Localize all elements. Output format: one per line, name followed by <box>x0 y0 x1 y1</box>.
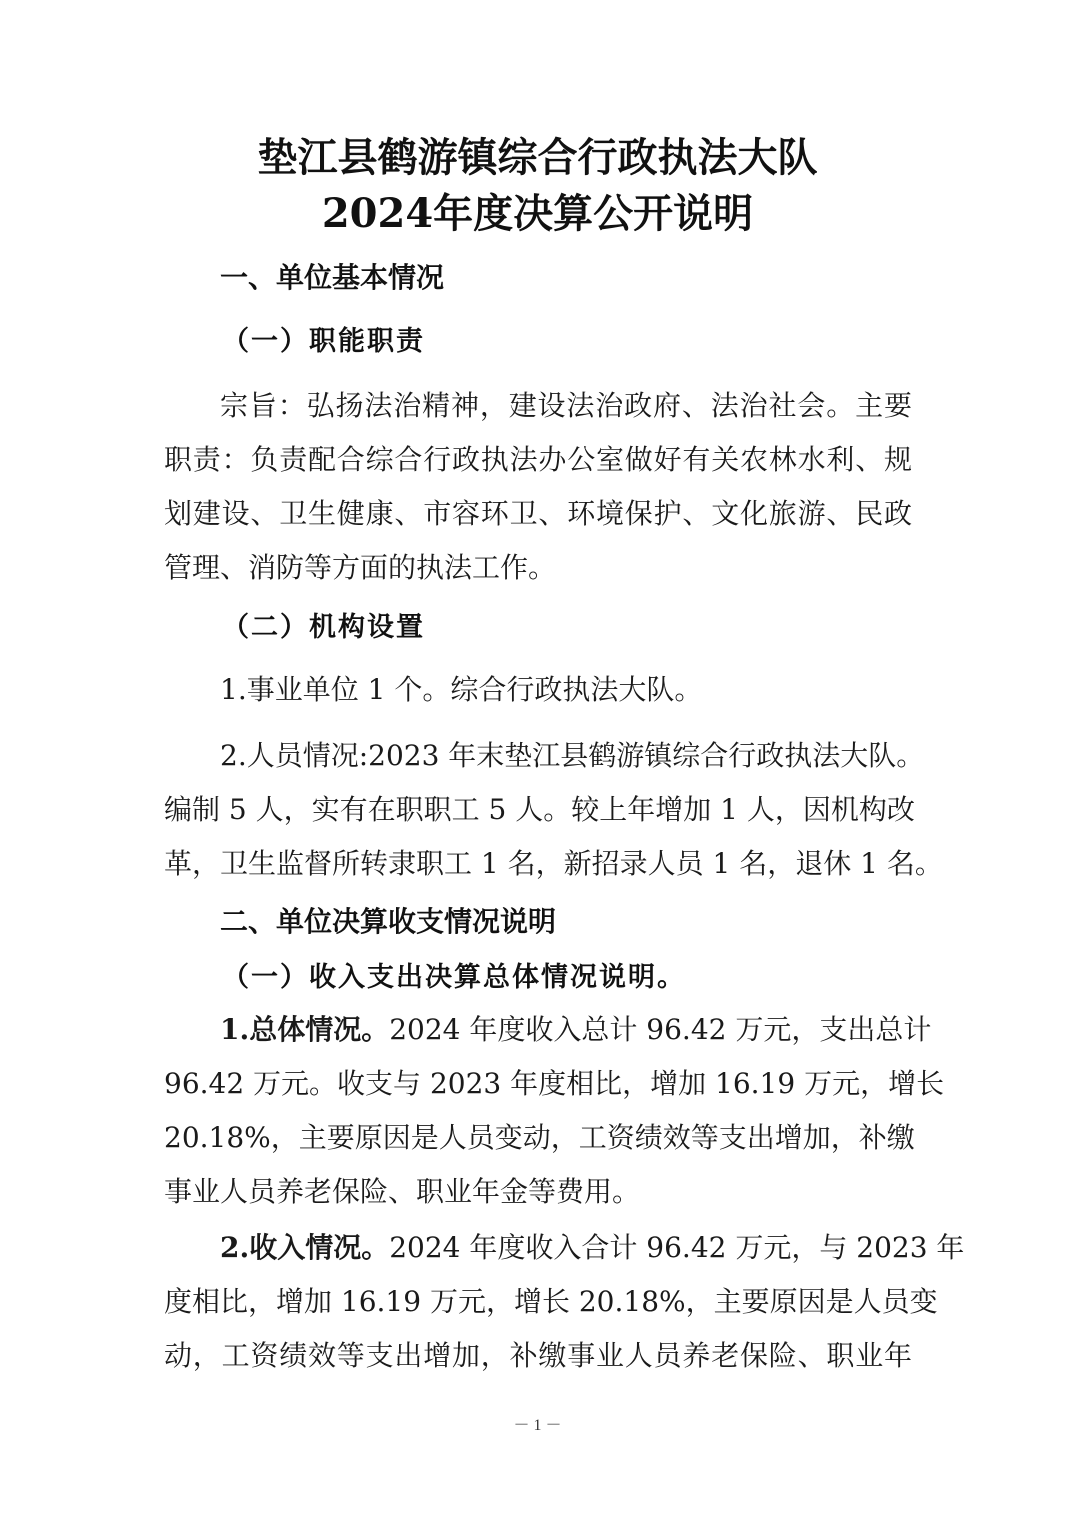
paragraph-line: 动，工资绩效等支出增加，补缴事业人员养老保险、职业年 <box>164 1342 912 1370</box>
subsection-heading-overall: （一）收入支出决算总体情况说明。 <box>222 964 686 991</box>
paragraph-lead: 2.收入情况。 <box>220 1231 389 1264</box>
paragraph-line: 职责：负责配合综合行政执法办公室做好有关农林水利、规 <box>164 446 912 474</box>
section-heading-basic-info: 一、单位基本情况 <box>220 264 444 292</box>
paragraph-line: 革，卫生监督所转隶职工 1 名，新招录人员 1 名，退休 1 名。 <box>164 850 912 878</box>
paragraph-line: 20.18%，主要原因是人员变动，工资绩效等支出增加，补缴 <box>164 1124 912 1152</box>
subsection-heading-organization: （二）机构设置 <box>222 614 425 641</box>
paragraph-lead: 1.总体情况。 <box>220 1013 389 1046</box>
paragraph-line: 划建设、卫生健康、市容环卫、环境保护、文化旅游、民政 <box>164 500 912 528</box>
paragraph-text: 2024 年度收入合计 96.42 万元，与 2023 年 <box>389 1231 964 1264</box>
page-number: － 1 － <box>0 1412 1075 1435</box>
paragraph-text: 2024 年度收入总计 96.42 万元，支出总计 <box>389 1013 931 1046</box>
paragraph-line: 1.总体情况。2024 年度收入总计 96.42 万元，支出总计 <box>220 1016 912 1044</box>
paragraph-line: 2.人员情况:2023 年末垫江县鹤游镇综合行政执法大队。 <box>220 742 912 770</box>
paragraph-line: 96.42 万元。收支与 2023 年度相比，增加 16.19 万元，增长 <box>164 1070 912 1098</box>
document-page: 垫江县鹤游镇综合行政执法大队 2024年度决算公开说明 一、单位基本情况 （一）… <box>0 0 1075 1520</box>
paragraph-line: 管理、消防等方面的执法工作。 <box>164 554 912 582</box>
paragraph-line: 宗旨：弘扬法治精神，建设法治政府、法治社会。主要 <box>220 392 912 420</box>
document-title-line1: 垫江县鹤游镇综合行政执法大队 <box>0 138 1075 178</box>
paragraph-line: 度相比，增加 16.19 万元，增长 20.18%，主要原因是人员变 <box>164 1288 912 1316</box>
document-title-line2: 2024年度决算公开说明 <box>0 194 1075 234</box>
paragraph-line: 1.事业单位 1 个。综合行政执法大队。 <box>220 676 912 704</box>
section-heading-budget: 二、单位决算收支情况说明 <box>220 908 556 936</box>
subsection-heading-duties: （一）职能职责 <box>222 328 425 355</box>
paragraph-line: 编制 5 人，实有在职职工 5 人。较上年增加 1 人，因机构改 <box>164 796 912 824</box>
paragraph-line: 2.收入情况。2024 年度收入合计 96.42 万元，与 2023 年 <box>220 1234 912 1262</box>
paragraph-line: 事业人员养老保险、职业年金等费用。 <box>164 1178 912 1206</box>
